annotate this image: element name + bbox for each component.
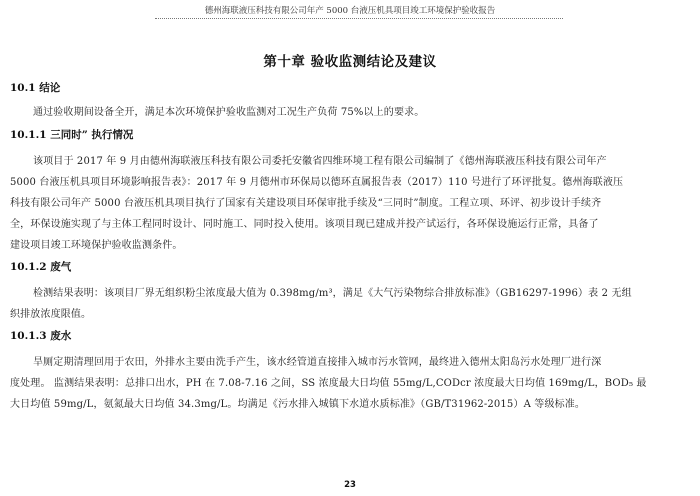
paragraph-line: 度处理。 监测结果表明：总排口出水，PH 在 7.08-7.16 之间，SS 浓… — [10, 374, 647, 389]
paragraph-line: 科技有限公司年产 5000 台液压机具项目执行了国家有关建设项目环保审批手续及“… — [10, 194, 601, 209]
section-heading-10-1-3: 10.1.3 废水 — [10, 328, 71, 343]
running-header: 德州海联液压科技有限公司年产 5000 台液压机具项目竣工环境保护验收报告 — [0, 4, 700, 16]
paragraph-line: 通过验收期间设备全开，满足本次环境保护验收监测对工况生产负荷 75%以上的要求。 — [33, 103, 424, 118]
paragraph-line: 旱厕定期清理回用于农田，外排水主要由洗手产生，该水经管道直接排入城市污水管网，最… — [33, 353, 601, 368]
chapter-title: 第十章 验收监测结论及建议 — [0, 50, 700, 70]
paragraph-line: 5000 台液压机具项目环境影响报告表》：2017 年 9 月德州市环保局以德环… — [10, 173, 623, 188]
section-heading-10-1-1: 10.1.1 三同时” 执行情况 — [10, 127, 133, 142]
paragraph-line: 该项目于 2017 年 9 月由德州海联液压科技有限公司委托安徽省四维环境工程有… — [33, 152, 607, 167]
section-heading-10-1: 10.1 结论 — [10, 80, 60, 95]
paragraph-line: 全，环保设施实现了与主体工程同时设计、同时施工、同时投入使用。该项目现已建成并投… — [10, 215, 599, 230]
paragraph-line: 织排放浓度限值。 — [10, 305, 91, 320]
paragraph-line: 建设项目竣工环境保护验收监测条件。 — [10, 236, 183, 251]
paragraph-line: 大日均值 59mg/L，氨氮最大日均值 34.3mg/L。均满足《污水排入城镇下… — [10, 395, 585, 410]
paragraph-line: 检测结果表明：该项目厂界无组织粉尘浓度最大值为 0.398mg/m³，满足《大气… — [33, 284, 632, 299]
page-number: 23 — [0, 480, 700, 490]
header-divider — [155, 18, 563, 19]
section-heading-10-1-2: 10.1.2 废气 — [10, 259, 71, 274]
